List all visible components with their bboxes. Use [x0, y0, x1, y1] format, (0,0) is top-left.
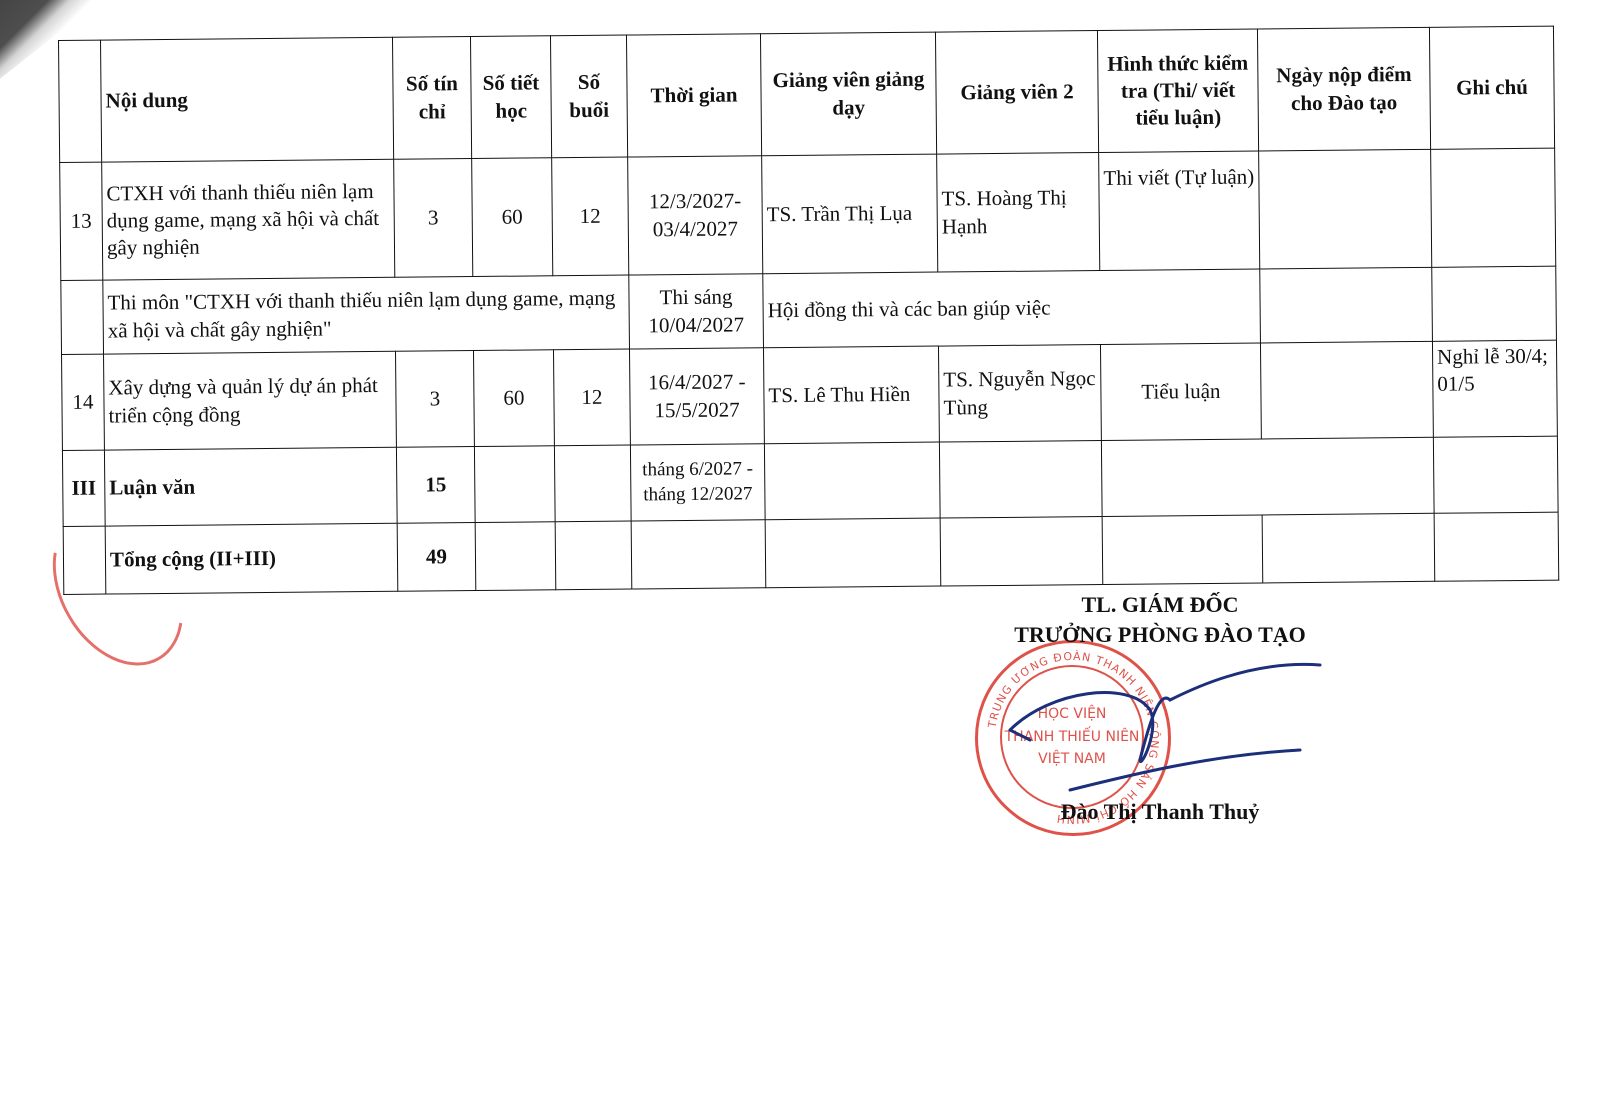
row-lecturer2	[939, 441, 1102, 519]
header-grade-submission: Ngày nộp điểm cho Đào tạo	[1257, 27, 1430, 151]
row-periods	[474, 446, 555, 523]
row-periods: 60	[472, 158, 553, 277]
handwritten-signature	[990, 650, 1340, 830]
table-row: 13 CTXH với thanh thiếu niên lạm dụng ga…	[60, 148, 1556, 280]
row-periods	[475, 522, 556, 591]
header-lecturer: Giảng viên giảng dạy	[760, 32, 936, 156]
table-row: 14 Xây dựng và quản lý dự án phát triển …	[62, 340, 1558, 450]
header-periods: Số tiết học	[470, 36, 551, 159]
row-assessment	[1102, 515, 1263, 585]
row-stt: 14	[62, 354, 105, 450]
exam-row-stt	[61, 280, 104, 354]
row-content: Xây dựng và quản lý dự án phát triển cộn…	[104, 351, 397, 450]
row-notes: Nghỉ lễ 30/4; 01/5	[1432, 340, 1557, 437]
row-grade-submission	[1260, 341, 1433, 439]
header-stt	[59, 40, 102, 162]
thesis-row: III Luận văn 15 tháng 6/2027 - tháng 12/…	[62, 436, 1558, 526]
exam-content: Thi môn "CTXH với thanh thiếu niên lạm d…	[103, 275, 630, 354]
row-periods: 60	[473, 350, 554, 447]
header-content: Nội dung	[101, 37, 394, 162]
row-assessment: Thi viết (Tự luận)	[1099, 151, 1260, 271]
header-credits: Số tín chỉ	[392, 37, 471, 160]
schedule-table-container: Nội dung Số tín chỉ Số tiết học Số buổi …	[58, 26, 1558, 595]
row-lecturer: TS. Trần Thị Lụa	[762, 154, 938, 274]
row-time: tháng 6/2027 - tháng 12/2027	[630, 444, 765, 521]
row-assessment	[1101, 437, 1434, 516]
table-header-row: Nội dung Số tín chỉ Số tiết học Số buổi …	[59, 26, 1555, 162]
row-sessions: 12	[552, 157, 629, 276]
row-notes	[1434, 512, 1559, 581]
row-stt: 13	[60, 162, 103, 280]
schedule-table: Nội dung Số tín chỉ Số tiết học Số buổi …	[58, 26, 1559, 595]
row-grade-submission	[1259, 149, 1432, 269]
total-row: Tổng cộng (II+III) 49	[63, 512, 1559, 594]
row-sessions	[555, 521, 632, 590]
exam-time: Thi sáng 10/04/2027	[629, 274, 764, 349]
exam-grade-submission	[1260, 267, 1433, 343]
header-time: Thời gian	[626, 34, 761, 157]
row-lecturer2	[940, 516, 1103, 586]
header-assessment: Hình thức kiểm tra (Thi/ viết tiểu luận)	[1097, 29, 1258, 153]
row-credits: 15	[396, 447, 475, 524]
row-content: Luận văn	[104, 447, 397, 526]
header-sessions: Số buổi	[550, 35, 627, 158]
row-assessment: Tiểu luận	[1100, 343, 1261, 441]
row-content: CTXH với thanh thiếu niên lạm dụng game,…	[102, 159, 395, 280]
header-lecturer2: Giảng viên 2	[935, 31, 1098, 155]
row-notes	[1433, 436, 1558, 513]
row-sessions	[554, 445, 631, 522]
row-credits: 3	[396, 351, 475, 448]
row-time: 12/3/2027- 03/4/2027	[628, 156, 763, 275]
signature-title-1: TL. GIÁM ĐỐC	[990, 590, 1330, 620]
row-notes	[1431, 148, 1556, 267]
row-lecturer: TS. Lê Thu Hiền	[763, 346, 939, 444]
row-lecturer2: TS. Hoàng Thị Hạnh	[937, 153, 1100, 273]
row-time: 16/4/2027 - 15/5/2027	[629, 348, 764, 445]
signature-title-2: TRƯỞNG PHÒNG ĐÀO TẠO	[990, 620, 1330, 650]
row-credits: 3	[394, 159, 473, 278]
row-credits: 49	[397, 523, 476, 592]
exam-notes	[1432, 266, 1557, 341]
row-lecturer2: TS. Nguyễn Ngọc Tùng	[938, 345, 1101, 443]
header-notes: Ghi chú	[1429, 26, 1554, 149]
exam-row: Thi môn "CTXH với thanh thiếu niên lạm d…	[61, 266, 1557, 354]
row-sessions: 12	[553, 349, 630, 446]
exam-board: Hội đồng thi và các ban giúp việc	[763, 269, 1261, 348]
row-time	[631, 520, 766, 589]
row-lecturer	[765, 518, 941, 588]
row-lecturer	[764, 442, 940, 520]
row-grade-submission	[1262, 513, 1435, 583]
